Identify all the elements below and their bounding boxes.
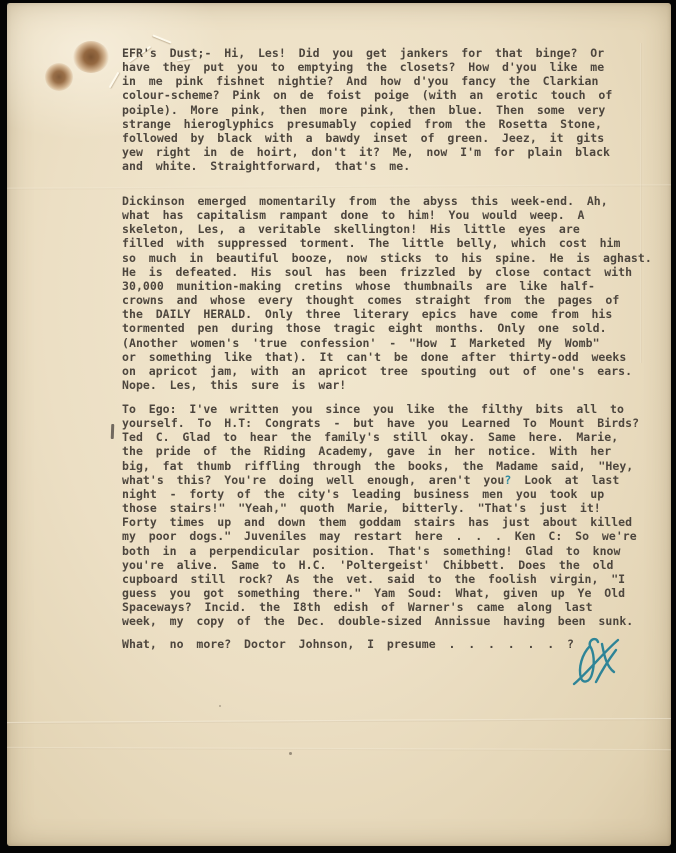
paper-crease — [7, 184, 671, 189]
signature-cross-stroke — [596, 650, 616, 682]
paper-crease — [7, 718, 671, 724]
paragraph-replies: To Ego: I've written you since you like … — [122, 402, 639, 629]
rust-stain — [73, 41, 109, 73]
ink-speck — [219, 705, 221, 707]
paragraph-dickinson: Dickinson emerged momentarily from the a… — [122, 194, 652, 392]
paragraph-replies-text-end: Look at last night - forty of the city's… — [122, 473, 637, 629]
scanned-letter-page: EFR's Dust;- Hi, Les! Did you get janker… — [0, 0, 676, 853]
paragraph-closing: What, no more? Doctor Johnson, I presume… — [122, 637, 574, 651]
rust-stain — [45, 63, 73, 91]
margin-pen-mark — [111, 424, 114, 439]
ink-signature — [568, 632, 638, 694]
paper-sheet: EFR's Dust;- Hi, Les! Did you get janker… — [7, 3, 671, 846]
ink-speck — [289, 752, 292, 755]
paragraph-greeting: EFR's Dust;- Hi, Les! Did you get janker… — [122, 46, 612, 173]
paper-crease — [7, 747, 671, 751]
